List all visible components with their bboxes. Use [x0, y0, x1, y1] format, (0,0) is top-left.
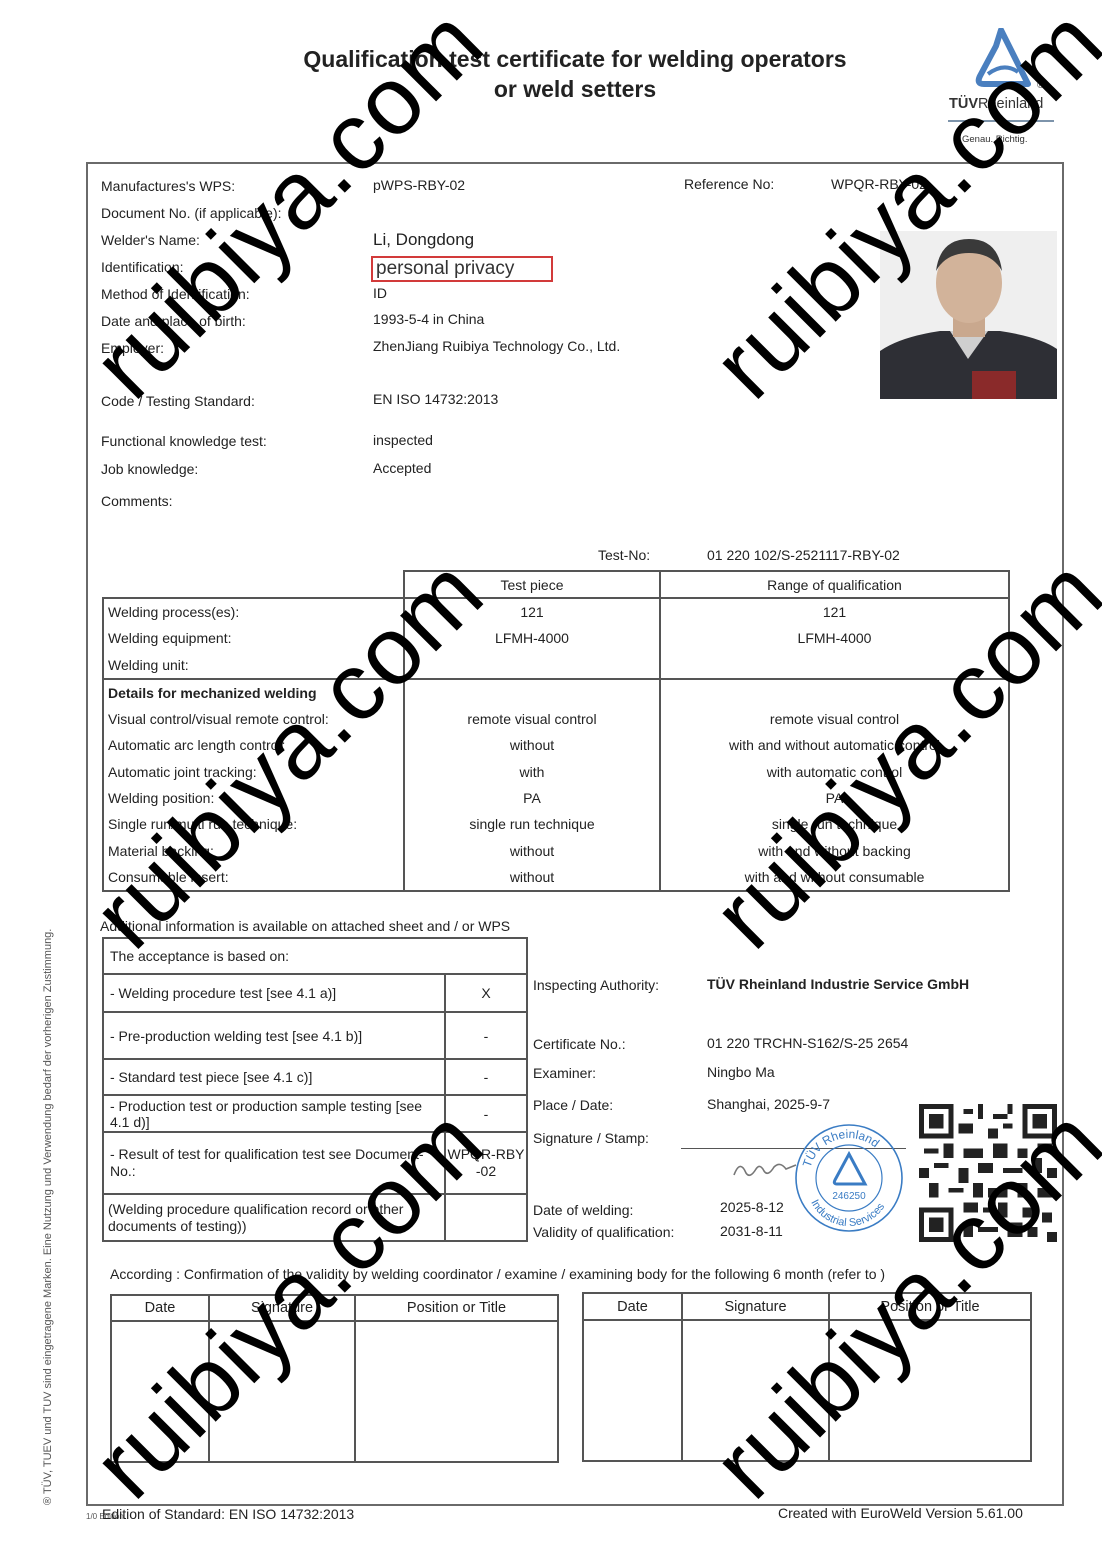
- acceptance-row-value: -: [445, 1012, 527, 1059]
- trademark-side-note: ® TÜV, TUEV und TUV sind eingetragene Ma…: [42, 929, 54, 1505]
- acceptance-row-value: [445, 1194, 527, 1241]
- acceptance-table: The acceptance is based on: - Welding pr…: [102, 937, 528, 1242]
- row-label: Visual control/visual remote control:: [108, 706, 399, 732]
- confirmation-table-left: Date Signature Position or Title: [110, 1294, 559, 1463]
- tuv-stamp: TÜV Rheinland Industrial Services 246250: [793, 1122, 905, 1234]
- cell-value: single run technique: [661, 811, 1008, 837]
- cell-value: with and without automatic control: [661, 732, 1008, 758]
- identification-redacted-value: personal privacy: [371, 256, 553, 282]
- place-date-label: Place / Date:: [533, 1097, 613, 1113]
- logo-divider: [948, 120, 1054, 122]
- additional-info-text: Additional information is available on a…: [100, 918, 510, 934]
- job-knowledge-value: Accepted: [373, 460, 431, 476]
- header-test-piece: Test piece: [404, 571, 660, 598]
- confirmation-date-cell[interactable]: [583, 1320, 682, 1461]
- col-position: Position or Title: [355, 1295, 558, 1321]
- signature-stamp-label: Signature / Stamp:: [533, 1130, 649, 1146]
- group2-labels: Details for mechanized welding Visual co…: [103, 679, 404, 891]
- welder-name-label: Welder's Name:: [101, 232, 200, 248]
- group2-range: remote visual control with and without a…: [660, 679, 1009, 891]
- logo-brand-rest: Rheinland: [978, 96, 1043, 112]
- wps-label: Manufactures's WPS:: [101, 178, 235, 194]
- verification-qr-code[interactable]: [918, 1104, 1058, 1242]
- group1-labels: Welding process(es): Welding equipment: …: [103, 598, 404, 679]
- logo-brand-bold: TÜV: [949, 96, 978, 112]
- certificate-no-label: Certificate No.:: [533, 1036, 626, 1052]
- logo-tagline: Genau. Richtig.: [962, 134, 1027, 145]
- row-label: Welding unit:: [108, 652, 399, 678]
- row-label: Welding process(es):: [108, 599, 399, 625]
- header-range: Range of qualification: [660, 571, 1009, 598]
- acceptance-row-label: - Result of test for qualification test …: [103, 1132, 445, 1194]
- acceptance-row-label: - Welding procedure test [see 4.1 a)]: [103, 974, 445, 1012]
- birth-value: 1993-5-4 in China: [373, 311, 484, 327]
- validity-value: 2031-8-11: [720, 1223, 783, 1239]
- mechanized-heading: Details for mechanized welding: [108, 680, 399, 706]
- person-silhouette-icon: [880, 231, 1057, 399]
- place-date-value: Shanghai, 2025-9-7: [707, 1096, 830, 1112]
- reference-label: Reference No:: [684, 176, 774, 192]
- document-no-label: Document No. (if applicable):: [101, 205, 282, 221]
- method-value: ID: [373, 285, 387, 301]
- job-knowledge-label: Job knowledge:: [101, 461, 198, 477]
- cell-value: 121: [661, 599, 1008, 625]
- acceptance-row-value: X: [445, 974, 527, 1012]
- cell-value: [661, 652, 1008, 678]
- registered-mark: ®: [1037, 80, 1044, 91]
- svg-text:TÜV Rheinland: TÜV Rheinland: [800, 1127, 882, 1169]
- employer-label: Employer:: [101, 340, 164, 356]
- inspecting-authority-label: Inspecting Authority:: [533, 977, 659, 993]
- cell-value: LFMH-4000: [405, 625, 659, 651]
- group2-test-piece: remote visual control without with PA si…: [404, 679, 660, 891]
- acceptance-heading: The acceptance is based on:: [103, 938, 527, 974]
- reference-value: WPQR-RBY-02: [831, 176, 927, 192]
- cell-value: without: [405, 732, 659, 758]
- welding-date-value: 2025-8-12: [720, 1199, 784, 1215]
- cell-value: PA: [661, 785, 1008, 811]
- acceptance-row-label: (Welding procedure qualification record …: [103, 1194, 445, 1241]
- row-label: Automatic arc length control:: [108, 732, 399, 758]
- title-line-1: Qualification test certificate for weldi…: [200, 44, 950, 74]
- cell-value: single run technique: [405, 811, 659, 837]
- functional-knowledge-label: Functional knowledge test:: [101, 433, 267, 449]
- row-label: Consumable insert:: [108, 864, 399, 890]
- certificate-title: Qualification test certificate for weldi…: [200, 44, 950, 104]
- acceptance-row-value: -: [445, 1059, 527, 1095]
- cell-value: without: [405, 864, 659, 890]
- col-date: Date: [111, 1295, 209, 1321]
- col-signature: Signature: [209, 1295, 355, 1321]
- cell-value: remote visual control: [661, 706, 1008, 732]
- confirmation-signature-cell[interactable]: [209, 1321, 355, 1462]
- welder-name-value: Li, Dongdong: [373, 230, 474, 250]
- confirmation-signature-cell[interactable]: [682, 1320, 829, 1461]
- row-label: Welding position:: [108, 785, 399, 811]
- svg-text:246250: 246250: [832, 1191, 866, 1202]
- title-line-2: or weld setters: [200, 74, 950, 104]
- acceptance-row-value: -: [445, 1095, 527, 1132]
- identification-label: Identification:: [101, 259, 184, 275]
- confirmation-table-right: Date Signature Position or Title: [582, 1292, 1032, 1462]
- acceptance-row-value: WPQR-RBY-02: [445, 1132, 527, 1194]
- tuv-rheinland-logo: ® TÜVRheinland Genau. Richtig.: [940, 28, 1070, 90]
- group1-range: 121 LFMH-4000: [660, 598, 1009, 679]
- logo-wordmark: TÜVRheinland: [949, 96, 1043, 112]
- cell-value: with automatic control: [661, 759, 1008, 785]
- test-no-label: Test-No:: [598, 547, 650, 563]
- acceptance-row-label: - Standard test piece [see 4.1 c)]: [103, 1059, 445, 1095]
- cell-value: without: [405, 838, 659, 864]
- employer-value: ZhenJiang Ruibiya Technology Co., Ltd.: [373, 338, 620, 354]
- stamp-seal-icon: TÜV Rheinland Industrial Services 246250: [793, 1122, 905, 1234]
- cell-value: with and without backing: [661, 838, 1008, 864]
- certificate-no-value: 01 220 TRCHN-S162/S-25 2654: [707, 1035, 908, 1051]
- validity-label: Validity of qualification:: [533, 1224, 674, 1240]
- test-no-value: 01 220 102/S-2521117-RBY-02: [707, 547, 900, 563]
- cell-value: PA: [405, 785, 659, 811]
- col-position: Position or Title: [829, 1293, 1031, 1320]
- row-label: Welding equipment:: [108, 625, 399, 651]
- created-with-text: Created with EuroWeld Version 5.61.00: [778, 1505, 1023, 1521]
- functional-knowledge-value: inspected: [373, 432, 433, 448]
- col-date: Date: [583, 1293, 682, 1320]
- acceptance-row-label: - Production test or production sample t…: [103, 1095, 445, 1132]
- acceptance-row-label: - Pre-production welding test [see 4.1 b…: [103, 1012, 445, 1059]
- cell-value: [405, 652, 659, 678]
- wps-value: pWPS-RBY-02: [373, 177, 465, 193]
- tuv-triangle-icon: [970, 28, 1032, 90]
- method-label: Method of Identification:: [101, 286, 250, 302]
- qr-code-icon: [918, 1104, 1058, 1242]
- examiner-signature-icon: [730, 1155, 800, 1183]
- group1-test-piece: 121 LFMH-4000: [404, 598, 660, 679]
- cell-value: LFMH-4000: [661, 625, 1008, 651]
- cell-value: 121: [405, 599, 659, 625]
- confirmation-text: According : Confirmation of the validity…: [110, 1266, 885, 1282]
- row-label: Single run/multi run technique:: [108, 811, 399, 837]
- confirmation-position-cell[interactable]: [829, 1320, 1031, 1461]
- welding-date-label: Date of welding:: [533, 1202, 633, 1218]
- examiner-label: Examiner:: [533, 1065, 596, 1081]
- row-label: Automatic joint tracking:: [108, 759, 399, 785]
- comments-label: Comments:: [101, 493, 173, 509]
- birth-label: Date and place of birth:: [101, 313, 246, 329]
- confirmation-position-cell[interactable]: [355, 1321, 558, 1462]
- test-details-table: Test piece Range of qualification Weldin…: [102, 570, 1010, 892]
- confirmation-date-cell[interactable]: [111, 1321, 209, 1462]
- row-label: Material backing:: [108, 838, 399, 864]
- welder-photo: [880, 231, 1057, 399]
- edition-text: Edition of Standard: EN ISO 14732:2013: [102, 1506, 354, 1522]
- cell-value: with and without consumable: [661, 864, 1008, 890]
- cell-value: with: [405, 759, 659, 785]
- standard-value: EN ISO 14732:2013: [373, 391, 498, 407]
- inspecting-authority-value: TÜV Rheinland Industrie Service GmbH: [707, 976, 969, 992]
- cell-value: remote visual control: [405, 706, 659, 732]
- standard-label: Code / Testing Standard:: [101, 393, 255, 409]
- examiner-value: Ningbo Ma: [707, 1064, 775, 1080]
- col-signature: Signature: [682, 1293, 829, 1320]
